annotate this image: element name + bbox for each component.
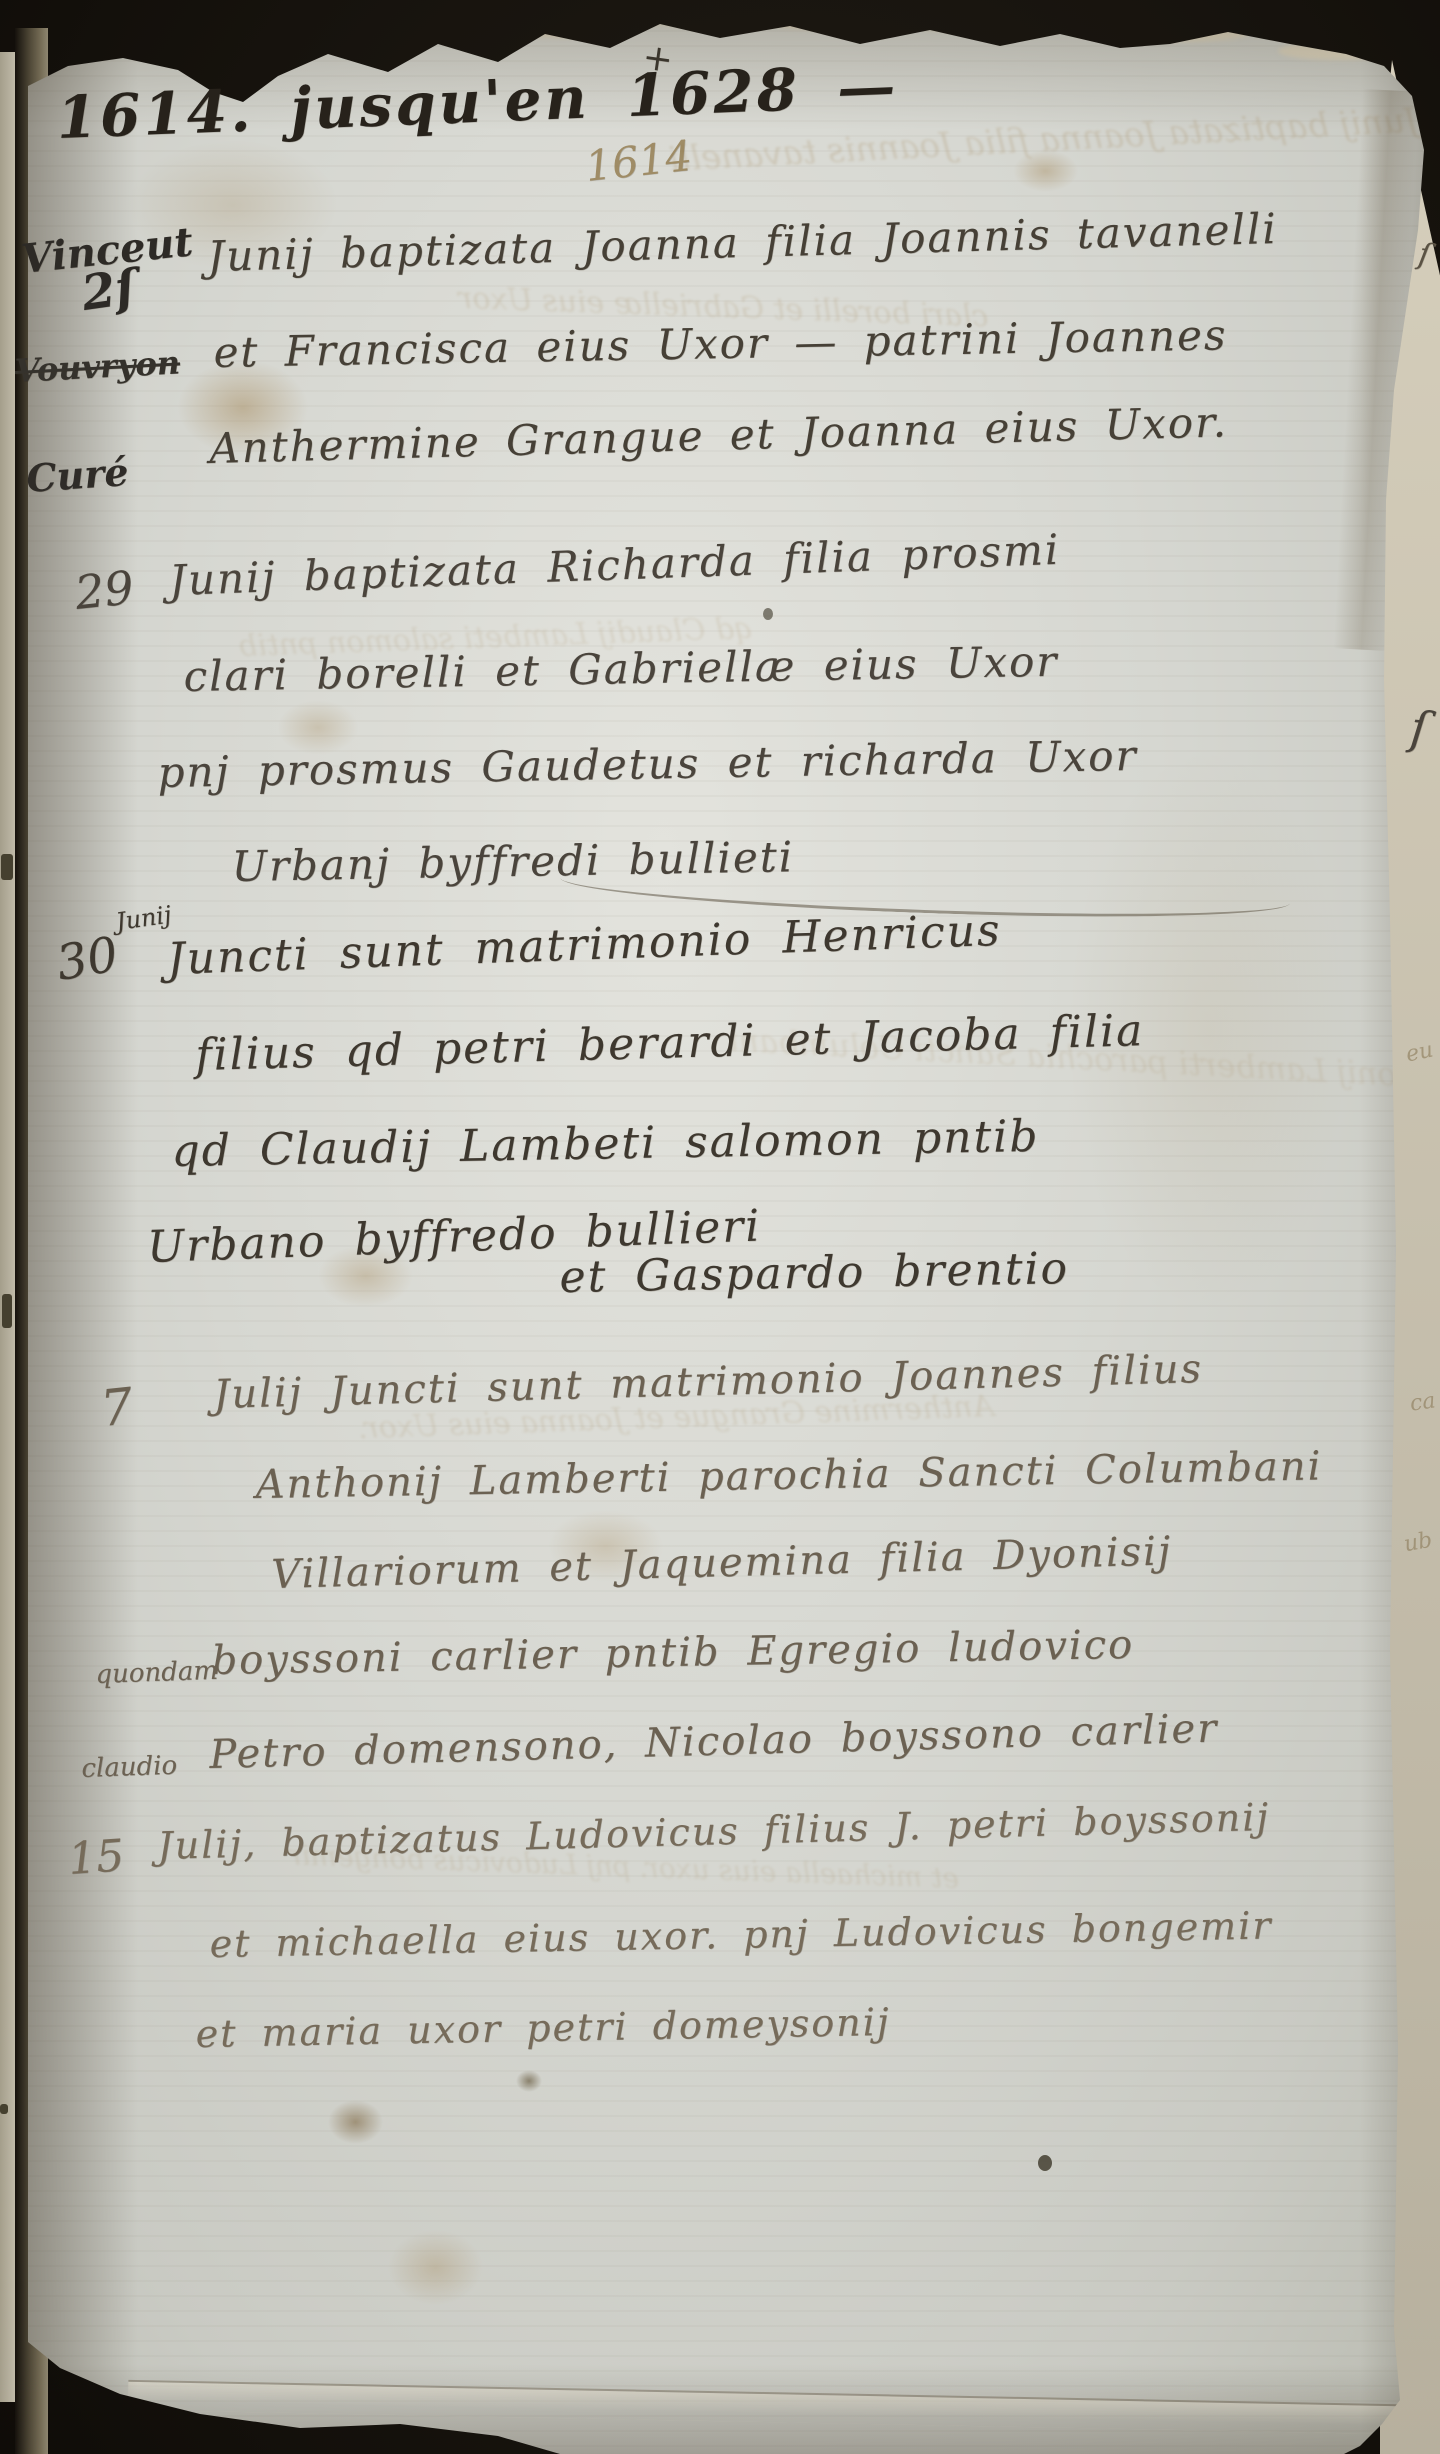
previous-page-ink-mark bbox=[0, 2104, 8, 2114]
torn-edge-fiber bbox=[158, 52, 248, 66]
manuscript-photo: { "document": { "kind": "parish register… bbox=[0, 0, 1440, 2454]
entry-day-number: 15 bbox=[66, 1830, 125, 1885]
torn-edge-fiber bbox=[918, 18, 1018, 32]
margin-cure-label: Curé bbox=[25, 449, 130, 501]
cross-mark: + bbox=[640, 36, 676, 81]
entry-day-number: 29 bbox=[72, 560, 136, 620]
margin-claudio-word: claudio bbox=[81, 1751, 178, 1784]
previous-page-ink-mark bbox=[1, 854, 13, 880]
under-page-ink-fragment: ub bbox=[1402, 1528, 1434, 1558]
entry-day-number: 7 bbox=[98, 1377, 136, 1438]
under-page-ink-fragment: eu bbox=[1404, 1037, 1436, 1067]
margin-quondam-word: quondam bbox=[95, 1656, 219, 1690]
under-page-ink-fragment: ca bbox=[1408, 1388, 1437, 1416]
entry-day-number: 30 bbox=[52, 926, 122, 992]
entry-line-continuation: et Gaspardo brentio bbox=[559, 1243, 1069, 1303]
margin-day-first: 2ſ bbox=[78, 259, 139, 322]
previous-page-edge bbox=[0, 52, 15, 2402]
previous-page-ink-mark bbox=[2, 1294, 12, 1328]
torn-edge-fiber bbox=[508, 22, 618, 38]
torn-edge-fiber bbox=[638, 12, 728, 26]
